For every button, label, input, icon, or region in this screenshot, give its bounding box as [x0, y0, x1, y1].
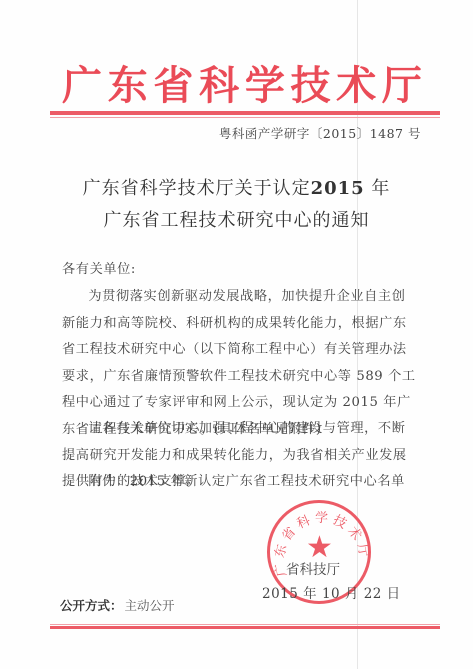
masthead-char: 术 [336, 62, 376, 110]
title-year: 2015 [311, 178, 365, 199]
document-title-line-2: 广东省工程技术研究中心的通知 [0, 206, 473, 232]
document-number: 粤科函产学研字〔2015〕1487 号 [219, 124, 421, 142]
attachment-line: 附件：2015 年新认定广东省工程技术研究中心名单 [62, 469, 418, 496]
masthead-char: 广 [62, 62, 102, 110]
masthead-red-rule [50, 111, 440, 115]
salutation: 各有关单位: [62, 257, 418, 284]
disclosure-label: 公开方式： [60, 598, 123, 613]
title-prefix: 广东省科学技术厅关于认定 [83, 178, 311, 199]
footer-red-rule-thin [50, 624, 440, 625]
masthead-char: 科 [199, 62, 239, 110]
masthead-char: 厅 [382, 62, 422, 110]
masthead-char: 学 [245, 62, 285, 110]
title-suffix: 年 [365, 178, 391, 199]
masthead-char: 东 [108, 62, 148, 110]
signer-name: 省科技厅 [286, 558, 340, 578]
disclosure-method: 公开方式：主动公开 [60, 596, 175, 614]
footer-red-rule [50, 626, 440, 629]
masthead-char: 省 [153, 62, 193, 110]
document-title-line-1: 广东省科学技术厅关于认定2015 年 [0, 174, 473, 200]
masthead-char: 技 [291, 62, 331, 110]
disclosure-value: 主动公开 [125, 598, 175, 613]
signature-date: 2015 年 10 月 22 日 [262, 582, 401, 602]
masthead-title: 广 东 省 科 学 技 术 厅 [62, 62, 422, 110]
masthead-red-rule-thin [50, 117, 440, 118]
